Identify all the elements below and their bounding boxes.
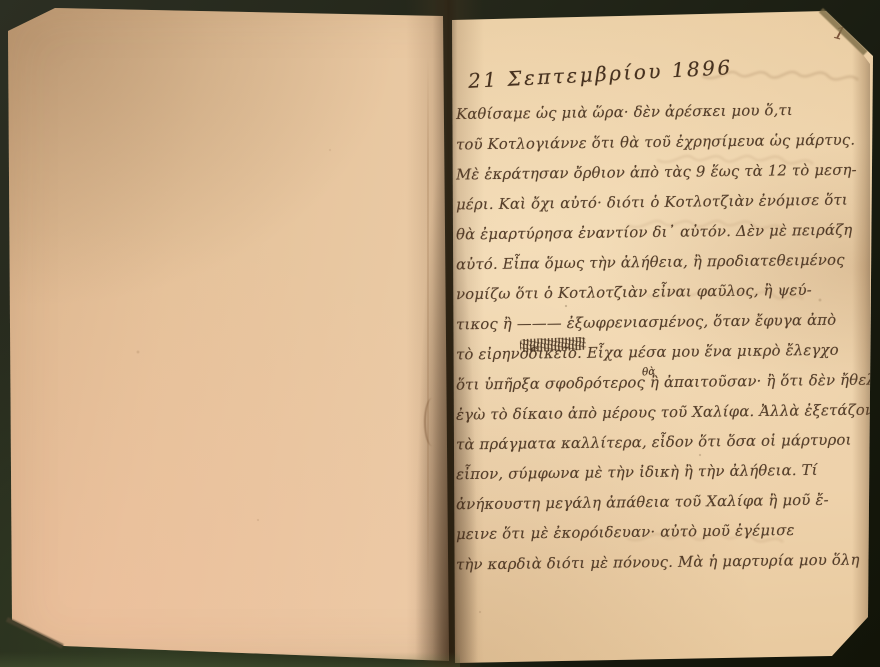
- page-stack-edge: [852, 40, 870, 640]
- handwriting-line: ὅτι ὑπῆρξα σφοδρότερος ἢ ἀπαιτοῦσαν· ἢ ὅ…: [456, 371, 880, 393]
- ink-bleed-through: [700, 66, 860, 88]
- ink-bleed-through: [620, 150, 850, 172]
- ink-bleed-through: [600, 285, 850, 307]
- handwriting-line: τὰ πράγματα καλλίτερα, εἶδον ὅτι ὅσα οἱ …: [456, 432, 852, 454]
- diary-photo: 1 21 Σεπτεμβρίου 1896 Καθίσαμε ὡς μιὰ ὥρ…: [0, 0, 880, 667]
- handwriting-line: ἀνήκουστη μεγάλη ἀπάθεια τοῦ Χαλίφα ἢ μο…: [456, 492, 829, 514]
- handwriting-line: εἶπον, σύμφωνα μὲ τὴν ἰδικὴ ἢ τὴν ἀλήθει…: [456, 462, 818, 483]
- handwriting-line: Καθίσαμε ὡς μιὰ ὥρα· δὲν ἀρέσκει μου ὅ,τ…: [456, 102, 793, 123]
- cover-bottom-edge: [0, 652, 460, 667]
- handwriting-line: μέρι. Καὶ ὄχι αὐτό· διότι ὁ Κοτλοτζιὰν ἐ…: [456, 192, 848, 214]
- handwriting-line: αὐτό. Εἶπα ὅμως τὴν ἀλήθεια, ἢ προδιατεθ…: [456, 252, 845, 274]
- paper-fold-mark: [424, 398, 440, 446]
- date-heading: 21 Σεπτεμβρίου 1896: [468, 55, 734, 93]
- fold-crease: [427, 55, 429, 600]
- ink-bleed-through: [560, 215, 850, 237]
- handwriting-line: τὴν καρδιὰ διότι μὲ πόνους. Μὰ ἡ μαρτυρί…: [456, 552, 860, 574]
- interlinear-insertion: θὰ: [642, 366, 656, 379]
- ink-bleed-through: [610, 528, 800, 550]
- crossed-out-word: [520, 337, 586, 352]
- handwriting-line: ἐγὼ τὸ δίκαιο ἀπὸ μέρους τοῦ Χαλίφα. Ἀλλ…: [456, 401, 880, 423]
- handwriting-line: τικος ἢ ——— ἐξωφρενιασμένος, ὅταν ἔφυγα …: [456, 312, 836, 334]
- handwriting-line: τὸ εἰρηνοδικεῖο. Εἶχα μέσα μου ἕνα μικρὸ…: [456, 342, 839, 364]
